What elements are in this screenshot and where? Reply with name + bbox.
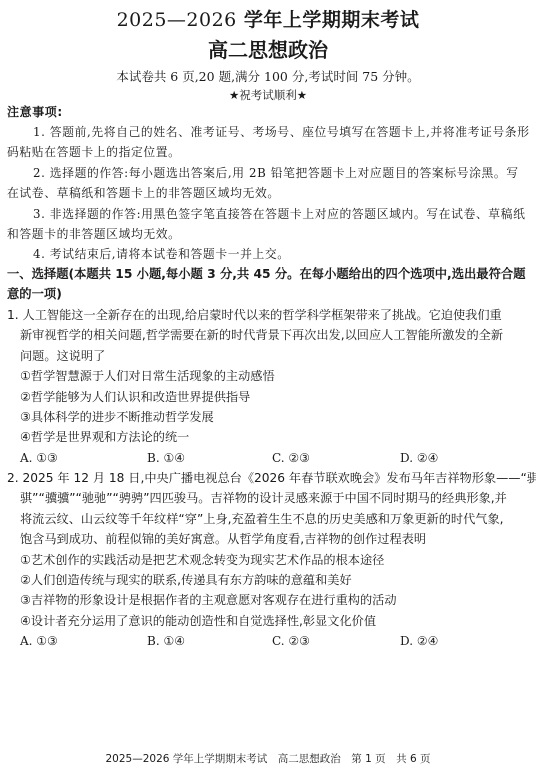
question-stem: 2. 2025 年 12 月 18 日,中央广播电视总台《2026 年春节联欢晚… [0, 470, 536, 486]
note-line: 码粘贴在答题卡上的指定位置。 [0, 144, 536, 160]
note-line: 2. 选择题的作答:每小题选出答案后,用 2B 铅笔把答题卡上对应题目的答案标号… [0, 165, 536, 181]
section-heading-cont: 意的一项) [0, 286, 536, 302]
title-text: 学年上学期期末考试 [244, 9, 420, 31]
option-c[interactable]: C. ②③ [272, 450, 310, 466]
question-stem: 骐”“骥骥”“驰驰”“骋骋”四匹骏马。吉祥物的设计灵感来源于中国不同时期马的经典… [0, 490, 536, 506]
note-line: 和答题卡的非答题区域均无效。 [0, 226, 536, 242]
question-stem: 问题。这说明了 [0, 348, 536, 364]
question-item: ③具体科学的进步不断推动哲学发展 [0, 409, 536, 425]
note-line: 在试卷、草稿纸和答题卡上的非答题区域均无效。 [0, 185, 536, 201]
option-a[interactable]: A. ①③ [20, 633, 58, 649]
question-item: ③吉祥物的形象设计是根据作者的主观意愿对客观存在进行重构的活动 [0, 592, 536, 608]
exam-wish: ★祝考试顺利★ [0, 87, 536, 103]
exam-page: 2025—2026 学年上学期期末考试 高二思想政治 本试卷共 6 页,20 题… [0, 0, 536, 770]
question-item: ④设计者充分运用了意识的能动创造性和自觉选择性,彰显文化价值 [0, 613, 536, 629]
note-line: 4. 考试结束后,请将本试卷和答题卡一并上交。 [0, 246, 536, 262]
question-stem: 1. 人工智能这一全新存在的出现,给启蒙时代以来的哲学科学框架带来了挑战。它迫使… [0, 307, 536, 323]
option-b[interactable]: B. ①④ [147, 633, 185, 649]
page-footer: 2025—2026 学年上学期期末考试 高二思想政治 第 1 页 共 6 页 [0, 751, 536, 766]
option-c[interactable]: C. ②③ [272, 633, 310, 649]
option-d[interactable]: D. ②④ [400, 633, 438, 649]
question-stem: 将流云纹、山云纹等千年纹样“穿”上身,充盈着生生不息的历史美感和万象更新的时代气… [0, 511, 536, 527]
question-item: ②人们创造传统与现实的联系,传递具有东方韵味的意蕴和美好 [0, 572, 536, 588]
option-a[interactable]: A. ①③ [20, 450, 58, 466]
question-item: ①哲学智慧源于人们对日常生活现象的主动感悟 [0, 368, 536, 384]
section-heading: 一、选择题(本题共 15 小题,每小题 3 分,共 45 分。在每小题给出的四个… [0, 266, 536, 282]
exam-title: 2025—2026 学年上学期期末考试 [0, 5, 536, 32]
subject-title: 高二思想政治 [0, 34, 536, 63]
note-line: 1. 答题前,先将自己的姓名、准考证号、考场号、座位号填写在答题卡上,并将准考证… [0, 124, 536, 140]
exam-info: 本试卷共 6 页,20 题,满分 100 分,考试时间 75 分钟。 [0, 67, 536, 85]
option-b[interactable]: B. ①④ [147, 450, 185, 466]
question-item: ①艺术创作的实践活动是把艺术观念转变为现实艺术作品的根本途径 [0, 552, 536, 568]
question-item: ②哲学能够为人们认识和改造世界提供指导 [0, 389, 536, 405]
title-year: 2025—2026 [117, 9, 237, 31]
notes-heading: 注意事项: [0, 104, 536, 120]
question-stem: 新审视哲学的相关问题,哲学需要在新的时代背景下再次出发,以回应人工智能所激发的全… [0, 327, 536, 343]
note-line: 3. 非选择题的作答:用黑色签字笔直接答在答题卡上对应的答题区域内。写在试卷、草… [0, 206, 536, 222]
question-item: ④哲学是世界观和方法论的统一 [0, 429, 536, 445]
option-d[interactable]: D. ②④ [400, 450, 438, 466]
question-stem: 饱含马到成功、前程似锦的美好寓意。从哲学角度看,吉祥物的创作过程表明 [0, 531, 536, 547]
